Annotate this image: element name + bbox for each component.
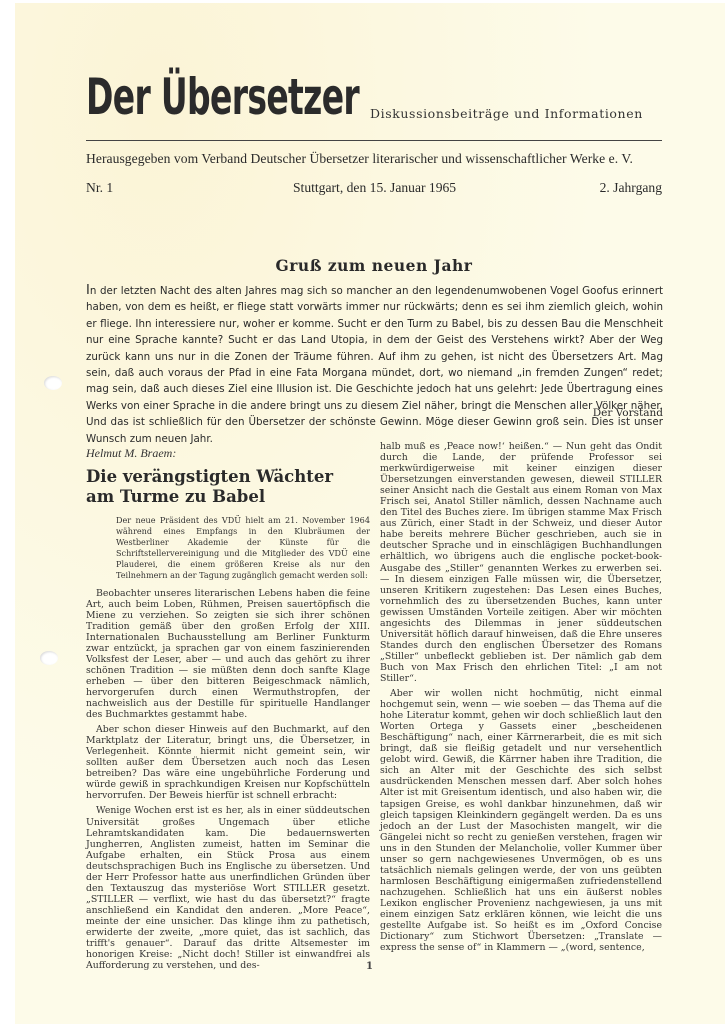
publication-tagline: Diskussionsbeiträge und Informationen <box>370 106 643 121</box>
article-paragraph: Aber schon dieser Hinweis auf den Buchma… <box>86 724 370 801</box>
issue-number: Nr. 1 <box>86 180 113 196</box>
masthead-rule <box>86 140 662 141</box>
article-byline: Helmut M. Braem: <box>86 446 370 461</box>
article-lede: Der neue Präsident des VDÜ hielt am 21. … <box>116 515 370 582</box>
article-paragraph: halb muß es ‚Peace now!‘ heißen.“ — Nun … <box>380 441 662 684</box>
publisher-line: Herausgegeben vom Verband Deutscher Über… <box>86 151 662 167</box>
masthead: Der Übersetzer Diskussionsbeiträge und I… <box>86 72 662 122</box>
greeting-signature: Der Vorstand <box>593 407 663 419</box>
article-column-left: Helmut M. Braem: Die verängstigten Wächt… <box>86 446 370 975</box>
punch-hole <box>40 651 58 665</box>
article-paragraph: Wenige Wochen erst ist es her, als in ei… <box>86 805 370 971</box>
greeting-title: Gruß zum neuen Jahr <box>86 256 662 275</box>
issue-date: Stuttgart, den 15. Januar 1965 <box>293 180 456 196</box>
article-paragraph: Aber wir wollen nicht hochmütig, nicht e… <box>380 688 662 953</box>
article-title: Die verängstigten Wächter am Turme zu Ba… <box>86 467 370 507</box>
greeting-text: n der letzten Nacht des alten Jahres mag… <box>86 285 663 445</box>
page-number: 1 <box>366 961 373 972</box>
article-title-line-2: am Turme zu Babel <box>86 487 265 506</box>
article-paragraph: Beobachter unseres literarischen Lebens … <box>86 588 370 721</box>
article-column-right: halb muß es ‚Peace now!‘ heißen.“ — Nun … <box>380 441 662 957</box>
greeting-body: In der letzten Nacht des alten Jahres ma… <box>86 283 663 447</box>
publication-title: Der Übersetzer <box>86 72 359 122</box>
punch-hole <box>44 376 62 390</box>
volume-label: 2. Jahrgang <box>600 180 662 196</box>
article-title-line-1: Die verängstigten Wächter <box>86 467 333 486</box>
issue-info: Nr. 1 Stuttgart, den 15. Januar 1965 2. … <box>86 180 662 196</box>
